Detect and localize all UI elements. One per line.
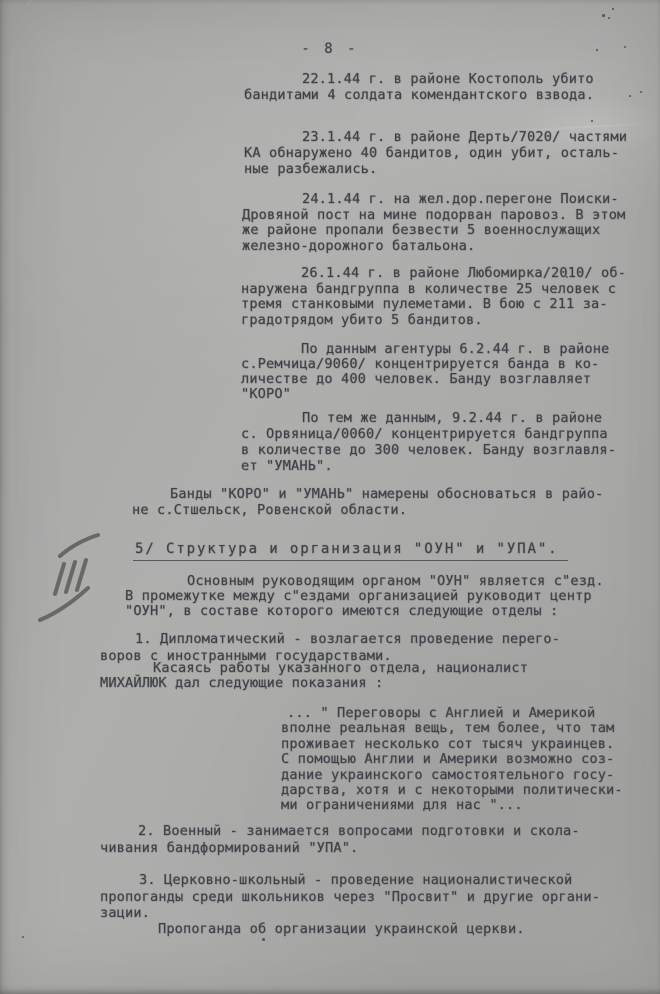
text-line: личестве до 400 человек. Банду возглавля… (241, 372, 609, 387)
text-line: наружена бандгруппа в количестве 25 чело… (241, 282, 626, 298)
text-line: 2. Военный - занимается вопросами подгот… (100, 823, 580, 840)
text-line: железно-дорожного батальона. (242, 239, 625, 255)
text-line: в количестве до 300 человек. Банду возгл… (241, 442, 616, 458)
ink-speck (602, 14, 605, 17)
text-line: КА обнаружено 40 бандитов, один убит, ос… (244, 145, 627, 161)
paragraph-dept-military: 2. Военный - занимается вопросами подгот… (100, 823, 580, 857)
paragraph-dept-church-school: 3. Церковно-школьный - проведение национ… (100, 872, 600, 922)
text-line: Банды "КОРО" и "УМАНЬ" намерены обоснова… (132, 486, 603, 502)
text-line: не с.Стшельск, Ровенской области. (132, 502, 603, 518)
text-line: 23.1.44 г. в районе Дерть/7020/ частями (244, 129, 627, 145)
paragraph-entry-22-1-44: 22.1.44 г. в районе Костополь убитобанди… (244, 71, 594, 103)
ink-speck (624, 46, 626, 48)
text-line: пропоганды среди школьников через "Просв… (100, 889, 600, 906)
pencil-bar-1 (55, 564, 64, 594)
text-line: В промежутке между с"ездами организацией… (125, 589, 604, 604)
ink-speck (22, 936, 24, 938)
text-line: "ОУН", в составе которого имеются следую… (125, 604, 604, 619)
text-line: Пропоганда об организации украинской цер… (158, 921, 525, 937)
text-line: дание украинского самостоятельного госу- (281, 768, 623, 783)
text-line: Основным руководящим органом "ОУН" являе… (125, 574, 604, 589)
text-line: бандитами 4 солдата комендантского взвод… (244, 87, 594, 103)
text-line: ет "УМАНЬ". (241, 458, 616, 474)
ink-speck (596, 49, 598, 51)
text-line: же районе пропали безвести 5 военнослужа… (242, 223, 625, 239)
text-line: По данным агентуры 6.2.44 г. в районе (241, 342, 609, 357)
text-line: дарства, хотя и с некоторыми политически… (281, 783, 623, 798)
text-line: 24.1.44 г. на жел.дор.перегоне Поиски- (242, 192, 625, 208)
paragraph-quote-testimony: ... " Переговоры с Англией и Америкойвпо… (281, 706, 623, 814)
text-line: С помощью Англии и Америки возможно соз- (281, 752, 623, 767)
paragraph-bands-summary: Банды "КОРО" и "УМАНЬ" намерены обоснова… (132, 486, 603, 518)
paragraph-agent-6-2-44: По данным агентуры 6.2.44 г. в районес.Р… (241, 342, 609, 402)
ink-speck (629, 95, 631, 97)
paragraph-mikhailyuk-intro: Касаясь работы указанного отдела, национ… (100, 661, 528, 690)
text-line: с.Ремчица/9060/ концентрируется банда в … (241, 357, 609, 372)
paragraph-propaganda-note: Пропоганда об организации украинской цер… (158, 921, 525, 937)
text-line: 22.1.44 г. в районе Костополь убито (244, 71, 594, 87)
section-heading: 5/ Структура и организация "ОУН" и "УПА"… (133, 541, 568, 561)
text-line: ми ограничениями для нас "... (281, 798, 623, 813)
paragraph-entry-23-1-44: 23.1.44 г. в районе Дерть/7020/ частямиК… (244, 129, 627, 177)
document-page: - 8 - 5/ Структура и организация "ОУН" и… (0, 0, 660, 994)
ink-speck (608, 17, 610, 19)
text-line: градотрядом убито 5 бандитов. (241, 313, 626, 329)
ink-speck (262, 938, 265, 941)
text-line: По тем же данным, 9.2.44 г. в районе (241, 410, 616, 426)
text-line: Дровяной пост на мине подорван паровоз. … (242, 208, 625, 224)
ink-speck (640, 91, 642, 93)
pencil-bar-2 (66, 562, 75, 592)
text-line: Касаясь работы указанного отдела, национ… (100, 661, 528, 676)
pencil-stroke-bottom (40, 588, 88, 620)
text-line: "КОРО" (241, 387, 609, 402)
text-line: 26.1.44 г. в районе Любомирка/2010/ об- (241, 266, 626, 282)
text-line: зации. (100, 905, 600, 922)
handwritten-mark-iii (34, 528, 126, 628)
typewritten-text-layer: - 8 - 5/ Структура и организация "ОУН" и… (0, 0, 660, 994)
text-line: чивания бандформирований "УПА". (100, 840, 580, 857)
pencil-stroke-top (60, 535, 98, 556)
page-number: - 8 - (0, 41, 660, 57)
ink-speck (612, 8, 614, 10)
text-line: с. Орвяница/0060/ концентрируется бандгр… (241, 426, 616, 442)
paragraph-entry-26-1-44: 26.1.44 г. в районе Любомирка/2010/ об-н… (241, 266, 626, 328)
paragraph-agent-9-2-44: По тем же данным, 9.2.44 г. в районес. О… (241, 410, 616, 474)
paragraph-oun-structure-intro: Основным руководящим органом "ОУН" являе… (125, 574, 604, 619)
text-line: МИХАЙЛЮК дал следующие показания : (100, 676, 528, 691)
text-line: ные разбежались. (244, 161, 627, 177)
ink-speck (591, 120, 593, 122)
text-line: 1. Дипломатический - возлагается проведе… (100, 631, 560, 648)
text-line: 3. Церковно-школьный - проведение национ… (100, 872, 600, 889)
paragraph-entry-24-1-44: 24.1.44 г. на жел.дор.перегоне Поиски-Др… (242, 192, 625, 254)
pencil-bar-3 (77, 560, 86, 590)
text-line: вполне реальная вещь, тем более, что там (281, 721, 623, 736)
text-line: проживает несколько сот тысяч украинцев. (281, 737, 623, 752)
text-line: тремя станковыми пулеметами. В бою с 211… (241, 297, 626, 313)
ink-speck (566, 276, 568, 278)
